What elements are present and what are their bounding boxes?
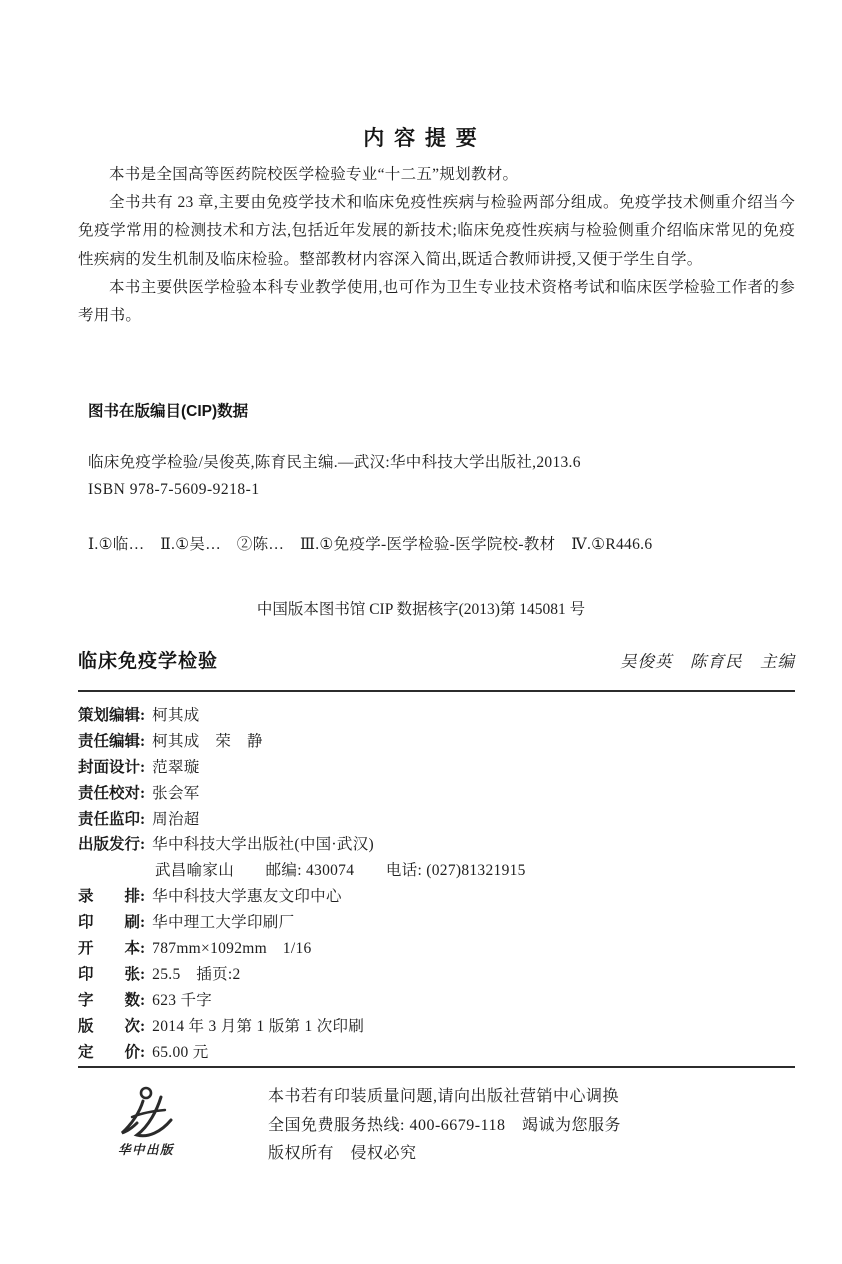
credit-row: 印 张:25.5 插页:2 — [78, 962, 795, 988]
credits-list: 策划编辑:柯其成 责任编辑:柯其成 荣 静 封面设计:范翠璇 责任校对:张会军 … — [78, 703, 795, 1065]
credit-value: 柯其成 荣 静 — [152, 733, 263, 750]
credit-value: 623 千字 — [152, 992, 212, 1009]
summary-paragraph: 本书是全国高等医药院校医学检验专业“十二五”规划教材。 — [78, 161, 795, 189]
credit-row: 责任校对:张会军 — [78, 781, 795, 807]
publisher-logo-text: 华中出版 — [106, 1140, 186, 1158]
divider-top — [78, 690, 795, 692]
credit-label: 版 次: — [78, 1018, 145, 1035]
credit-label: 印 刷: — [78, 914, 145, 931]
credit-label: 印 张: — [78, 966, 145, 983]
credit-value: 张会军 — [152, 785, 199, 802]
book-authors: 吴俊英 陈育民 主编 — [620, 648, 795, 672]
credit-value: 武昌喻家山 邮编: 430074 电话: (027)81321915 — [155, 862, 526, 879]
credit-value: 787mm×1092mm 1/16 — [152, 940, 311, 957]
credit-value: 2014 年 3 月第 1 版第 1 次印刷 — [152, 1018, 364, 1035]
footer-notice-quality: 本书若有印装质量问题,请向出版社营销中心调换 — [268, 1083, 621, 1112]
credit-row: 版 次:2014 年 3 月第 1 版第 1 次印刷 — [78, 1014, 795, 1040]
credit-row: 印 刷:华中理工大学印刷厂 — [78, 910, 795, 936]
credit-value: 华中科技大学出版社(中国·武汉) — [152, 836, 374, 853]
credit-row: 封面设计:范翠璇 — [78, 755, 795, 781]
credit-label: 责任校对: — [78, 785, 145, 802]
credit-value: 范翠璇 — [152, 759, 199, 776]
credit-row: 字 数:623 千字 — [78, 988, 795, 1014]
publisher-logo-icon — [115, 1086, 177, 1138]
book-title: 临床免疫学检验 — [78, 646, 218, 673]
summary-paragraph: 全书共有 23 章,主要由免疫学技术和临床免疫性疾病与检验两部分组成。免疫学技术… — [78, 189, 795, 274]
credit-value: 华中理工大学印刷厂 — [152, 914, 294, 931]
credit-row: 责任监印:周治超 — [78, 807, 795, 833]
copyright-page: 内 容 提 要 本书是全国高等医药院校医学检验专业“十二五”规划教材。 全书共有… — [0, 0, 842, 1264]
cip-registry: 中国版本图书馆 CIP 数据核字(2013)第 145081 号 — [0, 597, 842, 619]
credit-label: 责任监印: — [78, 811, 145, 828]
cip-classification: Ⅰ.①临… Ⅱ.①吴… ②陈… Ⅲ.①免疫学-医学检验-医学院校-教材 Ⅳ.①R… — [88, 532, 652, 554]
credit-row: 出版发行:华中科技大学出版社(中国·武汉) — [78, 832, 795, 858]
divider-bottom — [78, 1066, 795, 1068]
credit-row: 策划编辑:柯其成 — [78, 703, 795, 729]
credit-label: 定 价: — [78, 1044, 145, 1061]
summary-paragraph: 本书主要供医学检验本科专业教学使用,也可作为卫生专业技术资格考试和临床医学检验工… — [78, 274, 795, 330]
credit-label: 出版发行: — [78, 836, 145, 853]
credit-label: 封面设计: — [78, 759, 145, 776]
cip-header: 图书在版编目(CIP)数据 — [88, 399, 248, 421]
credit-value: 65.00 元 — [152, 1044, 208, 1061]
footer-notice-copyright: 版权所有 侵权必究 — [268, 1140, 621, 1169]
footer-notice-hotline: 全国免费服务热线: 400-6679-118 竭诚为您服务 — [268, 1112, 621, 1141]
cip-record: 临床免疫学检验/吴俊英,陈育民主编.—武汉:华中科技大学出版社,2013.6 — [88, 450, 581, 472]
credit-row-address: 武昌喻家山 邮编: 430074 电话: (027)81321915 — [78, 858, 795, 884]
footer-notices: 本书若有印装质量问题,请向出版社营销中心调换 全国免费服务热线: 400-667… — [268, 1083, 621, 1169]
credit-label: 责任编辑: — [78, 733, 145, 750]
credit-row: 开 本:787mm×1092mm 1/16 — [78, 936, 795, 962]
summary-body: 本书是全国高等医药院校医学检验专业“十二五”规划教材。 全书共有 23 章,主要… — [78, 161, 795, 330]
summary-title: 内 容 提 要 — [0, 122, 842, 152]
credit-value: 华中科技大学惠友文印中心 — [152, 888, 342, 905]
credit-row: 录 排:华中科技大学惠友文印中心 — [78, 884, 795, 910]
cip-isbn: ISBN 978-7-5609-9218-1 — [88, 481, 260, 499]
credit-row: 定 价:65.00 元 — [78, 1040, 795, 1066]
credit-label: 开 本: — [78, 940, 145, 957]
book-title-row: 临床免疫学检验 吴俊英 陈育民 主编 — [78, 646, 795, 673]
credit-label: 策划编辑: — [78, 707, 145, 724]
credit-value: 周治超 — [152, 811, 199, 828]
credit-label: 录 排: — [78, 888, 145, 905]
credit-value: 25.5 插页:2 — [152, 966, 240, 983]
publisher-logo: 华中出版 — [106, 1086, 186, 1158]
credit-value: 柯其成 — [152, 707, 199, 724]
credit-label: 字 数: — [78, 992, 145, 1009]
credit-row: 责任编辑:柯其成 荣 静 — [78, 729, 795, 755]
